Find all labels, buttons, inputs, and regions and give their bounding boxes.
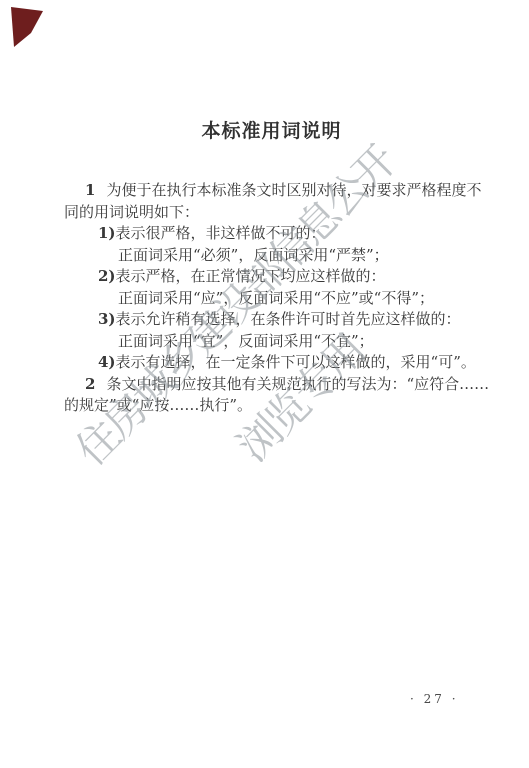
line-text: 表示有选择，在一定条件下可以这样做的，采用“可”。 — [116, 353, 476, 371]
text-line: 4)表示有选择，在一定条件下可以这样做的，采用“可”。 — [64, 352, 484, 374]
item-number: 3) — [98, 310, 116, 328]
item-number: 1) — [98, 224, 116, 242]
clause-number: 2 — [85, 375, 95, 393]
text-line: 3)表示允许稍有选择，在条件许可时首先应这样做的： — [64, 309, 484, 331]
clause-number: 1 — [85, 181, 95, 199]
corner-fold-mark-icon — [0, 0, 60, 60]
line-text: 同的用词说明如下： — [64, 203, 199, 221]
line-text: 表示很严格，非这样做不可的： — [116, 224, 326, 242]
corner-fold-shape — [11, 7, 43, 47]
line-text: 表示严格，在正常情况下均应这样做的： — [116, 267, 386, 285]
page-number: · 27 · — [410, 692, 459, 706]
text-line: 正面词采用“必须”，反面词采用“严禁”； — [64, 245, 484, 267]
document-page: 本标准用词说明 1为便于在执行本标准条文时区别对待，对要求严格程度不 同的用词说… — [0, 0, 529, 768]
line-text: 正面词采用“必须”，反面词采用“严禁”； — [118, 246, 389, 264]
page-title: 本标准用词说明 — [0, 116, 529, 143]
item-number: 4) — [98, 353, 116, 371]
body-text: 1为便于在执行本标准条文时区别对待，对要求严格程度不 同的用词说明如下： 1)表… — [64, 180, 484, 417]
line-text: 条文中指明应按其他有关规范执行的写法为：“应符合…… — [106, 375, 489, 393]
text-line: 2)表示严格，在正常情况下均应这样做的： — [64, 266, 484, 288]
text-line: 1为便于在执行本标准条文时区别对待，对要求严格程度不 — [64, 180, 484, 202]
item-number: 2) — [98, 267, 116, 285]
text-line: 2条文中指明应按其他有关规范执行的写法为：“应符合…… — [64, 374, 484, 396]
line-text: 为便于在执行本标准条文时区别对待，对要求严格程度不 — [106, 181, 481, 199]
line-text: 表示允许稍有选择，在条件许可时首先应这样做的： — [116, 310, 461, 328]
text-line: 正面词采用“宜”，反面词采用“不宜”； — [64, 331, 484, 353]
line-text: 正面词采用“宜”，反面词采用“不宜”； — [118, 332, 374, 350]
text-line: 正面词采用“应”，反面词采用“不应”或“不得”； — [64, 288, 484, 310]
text-line: 的规定”或“应按……执行”。 — [64, 395, 484, 417]
text-line: 同的用词说明如下： — [64, 202, 484, 224]
line-text: 正面词采用“应”，反面词采用“不应”或“不得”； — [118, 289, 434, 307]
text-line: 1)表示很严格，非这样做不可的： — [64, 223, 484, 245]
line-text: 的规定”或“应按……执行”。 — [64, 396, 252, 414]
